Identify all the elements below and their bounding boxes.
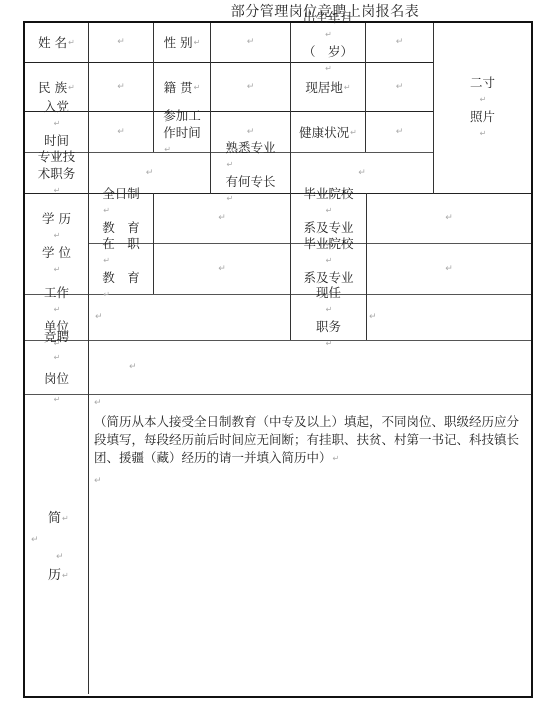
fulltime-school-input[interactable]: ↵ (367, 194, 531, 243)
birth-label-line1: 出生年月 (303, 9, 353, 26)
return-mark-icon: ↵ (226, 156, 275, 173)
parttime-school-label-line1: 毕业院校 (303, 235, 353, 252)
party-join-label-cell: 入党↵ 时间↵ (25, 112, 88, 152)
party-join-input[interactable]: ↵ (89, 112, 153, 152)
return-mark-icon: ↵ (344, 79, 351, 96)
work-start-label-line1: 参加工 (163, 107, 201, 124)
form-title: 部分管理岗位竞聘上岗报名表 (0, 1, 550, 21)
party-join-label-line2: 时间 (44, 132, 69, 149)
photo-label-line2: 照片 (470, 108, 495, 125)
return-mark-icon: ↵ (471, 91, 495, 108)
return-mark-icon: ↵ (218, 210, 226, 227)
residence-label-cell: 现居地↵ (291, 63, 365, 111)
return-mark-icon: ↵ (94, 476, 102, 486)
tech-title-label-cell: 专业技 术职务↵ (25, 153, 88, 193)
applied-position-label-cell: 竞聘↵ 岗位↵ (25, 341, 88, 394)
return-mark-icon: ↵ (358, 165, 366, 182)
return-mark-icon: ↵ (43, 261, 71, 278)
return-mark-icon: ↵ (31, 535, 39, 545)
tech-title-label-line2: 术职务 (38, 165, 76, 182)
return-mark-icon: ↵ (45, 115, 69, 132)
return-mark-icon: ↵ (94, 398, 102, 408)
birth-label-cell: 出生年月↵ （ 岁）↵ (291, 23, 365, 62)
current-position-input[interactable]: ↵ (367, 295, 531, 340)
fulltime-school-label-line1: 毕业院校 (303, 185, 353, 202)
fulltime-label-line1: 全日制 (102, 185, 140, 202)
return-mark-icon: ↵ (146, 165, 154, 182)
return-mark-icon: ↵ (304, 202, 353, 219)
name-label: 姓 名 (38, 34, 67, 51)
name-label-cell: 姓 名↵ (25, 23, 88, 62)
party-join-label-line1: 入党 (44, 98, 69, 115)
return-mark-icon: ↵ (396, 34, 404, 51)
fulltime-degree-input[interactable]: ↵ (154, 194, 290, 243)
specialty-label-cell: 熟悉专业↵ 有何专长↵ (211, 153, 290, 193)
return-mark-icon: ↵ (43, 227, 71, 244)
gender-input[interactable]: ↵ (211, 23, 290, 62)
return-mark-icon: ↵ (304, 252, 353, 269)
work-start-label-cell: 参加工 作时间↵ (154, 112, 210, 152)
native-place-label-cell: 籍 贯↵ (154, 63, 210, 111)
education-label-line2: 学 位 (42, 244, 71, 261)
gender-label: 性 别 (164, 34, 193, 51)
work-unit-input[interactable]: ↵ (89, 295, 290, 340)
applied-position-label-line2: 岗位 (44, 368, 69, 389)
return-mark-icon: ↵ (304, 26, 353, 43)
specialty-label-line1: 熟悉专业 (225, 139, 275, 156)
return-mark-icon: ↵ (103, 202, 140, 219)
resume-label-char1: 简↵ (48, 507, 69, 526)
return-mark-icon: ↵ (45, 347, 69, 368)
ethnicity-label: 民 族 (38, 79, 67, 96)
health-label-cell: 健康状况↵ (291, 112, 365, 152)
applied-position-input[interactable]: ↵ (89, 341, 531, 394)
name-input[interactable]: ↵ (89, 23, 153, 62)
return-mark-icon: ↵ (194, 34, 201, 51)
health-input[interactable]: ↵ (366, 112, 433, 152)
parttime-school-input[interactable]: ↵ (367, 244, 531, 294)
return-mark-icon: ↵ (117, 124, 125, 141)
return-mark-icon: ↵ (445, 210, 453, 227)
photo-label-line1: 二寸 (470, 74, 495, 91)
current-position-label-line2: 职务 (316, 318, 341, 335)
fulltime-school-label-line2: 系及专业 (303, 219, 353, 236)
applied-position-label-line1: 竞聘 (44, 326, 69, 347)
return-mark-icon: ↵ (56, 552, 64, 562)
photo-placeholder[interactable]: 二寸↵ 照片↵ (434, 23, 531, 193)
return-mark-icon: ↵ (445, 261, 453, 278)
return-mark-icon: ↵ (247, 124, 255, 141)
ethnicity-input[interactable]: ↵ (89, 63, 153, 111)
return-mark-icon: ↵ (45, 301, 69, 318)
return-mark-icon: ↵ (396, 79, 404, 96)
return-mark-icon: ↵ (68, 34, 75, 51)
return-mark-icon: ↵ (317, 301, 341, 318)
return-mark-icon: ↵ (103, 252, 140, 269)
return-mark-icon: ↵ (350, 124, 357, 141)
return-mark-icon: ↵ (369, 309, 377, 326)
work-unit-label-line1: 工作 (44, 284, 69, 301)
return-mark-icon: ↵ (95, 309, 103, 326)
return-mark-icon: ↵ (247, 34, 255, 51)
birth-input[interactable]: ↵ (366, 23, 433, 62)
parttime-label-cell: 在 职↵ 教 育↵ (89, 244, 153, 294)
work-start-label-line2: 作时间 (163, 124, 201, 141)
current-position-label-line1: 现任 (316, 284, 341, 301)
return-mark-icon: ↵ (218, 261, 226, 278)
resume-instruction: （简历从本人接受全日制教育（中专及以上）填起，不同岗位、职级经历应分段填写，每段… (94, 413, 526, 468)
return-mark-icon: ↵ (396, 124, 404, 141)
parttime-label-line2: 教 育 (102, 269, 140, 286)
resume-label-char2: 历↵ (48, 564, 69, 583)
parttime-label-line1: 在 职 (102, 235, 140, 252)
return-mark-icon: ↵ (117, 34, 125, 51)
residence-label: 现居地 (305, 79, 343, 96)
return-mark-icon: ↵ (68, 79, 75, 96)
return-mark-icon: ↵ (129, 359, 137, 376)
return-mark-icon: ↵ (194, 79, 201, 96)
birth-label-line2: （ 岁） (303, 43, 353, 60)
specialty-label-line2: 有何专长 (225, 173, 275, 190)
native-place-label: 籍 贯 (164, 79, 193, 96)
tech-title-label-line1: 专业技 (38, 148, 76, 165)
gender-label-cell: 性 别↵ (154, 23, 210, 62)
return-mark-icon: ↵ (471, 125, 495, 142)
health-label: 健康状况 (299, 124, 349, 141)
return-mark-icon: ↵ (247, 79, 255, 96)
fulltime-label-line2: 教 育 (102, 219, 140, 236)
education-label-line1: 学 历 (42, 210, 71, 227)
return-mark-icon: ↵ (117, 79, 125, 96)
native-place-input[interactable]: ↵ (211, 63, 290, 111)
education-group-label-cell: 学 历↵ 学 位↵ (25, 194, 88, 294)
current-position-label-cell: 现任↵ 职务↵ (291, 295, 366, 340)
parttime-degree-input[interactable]: ↵ (154, 244, 290, 294)
residence-input[interactable]: ↵ (366, 63, 433, 111)
